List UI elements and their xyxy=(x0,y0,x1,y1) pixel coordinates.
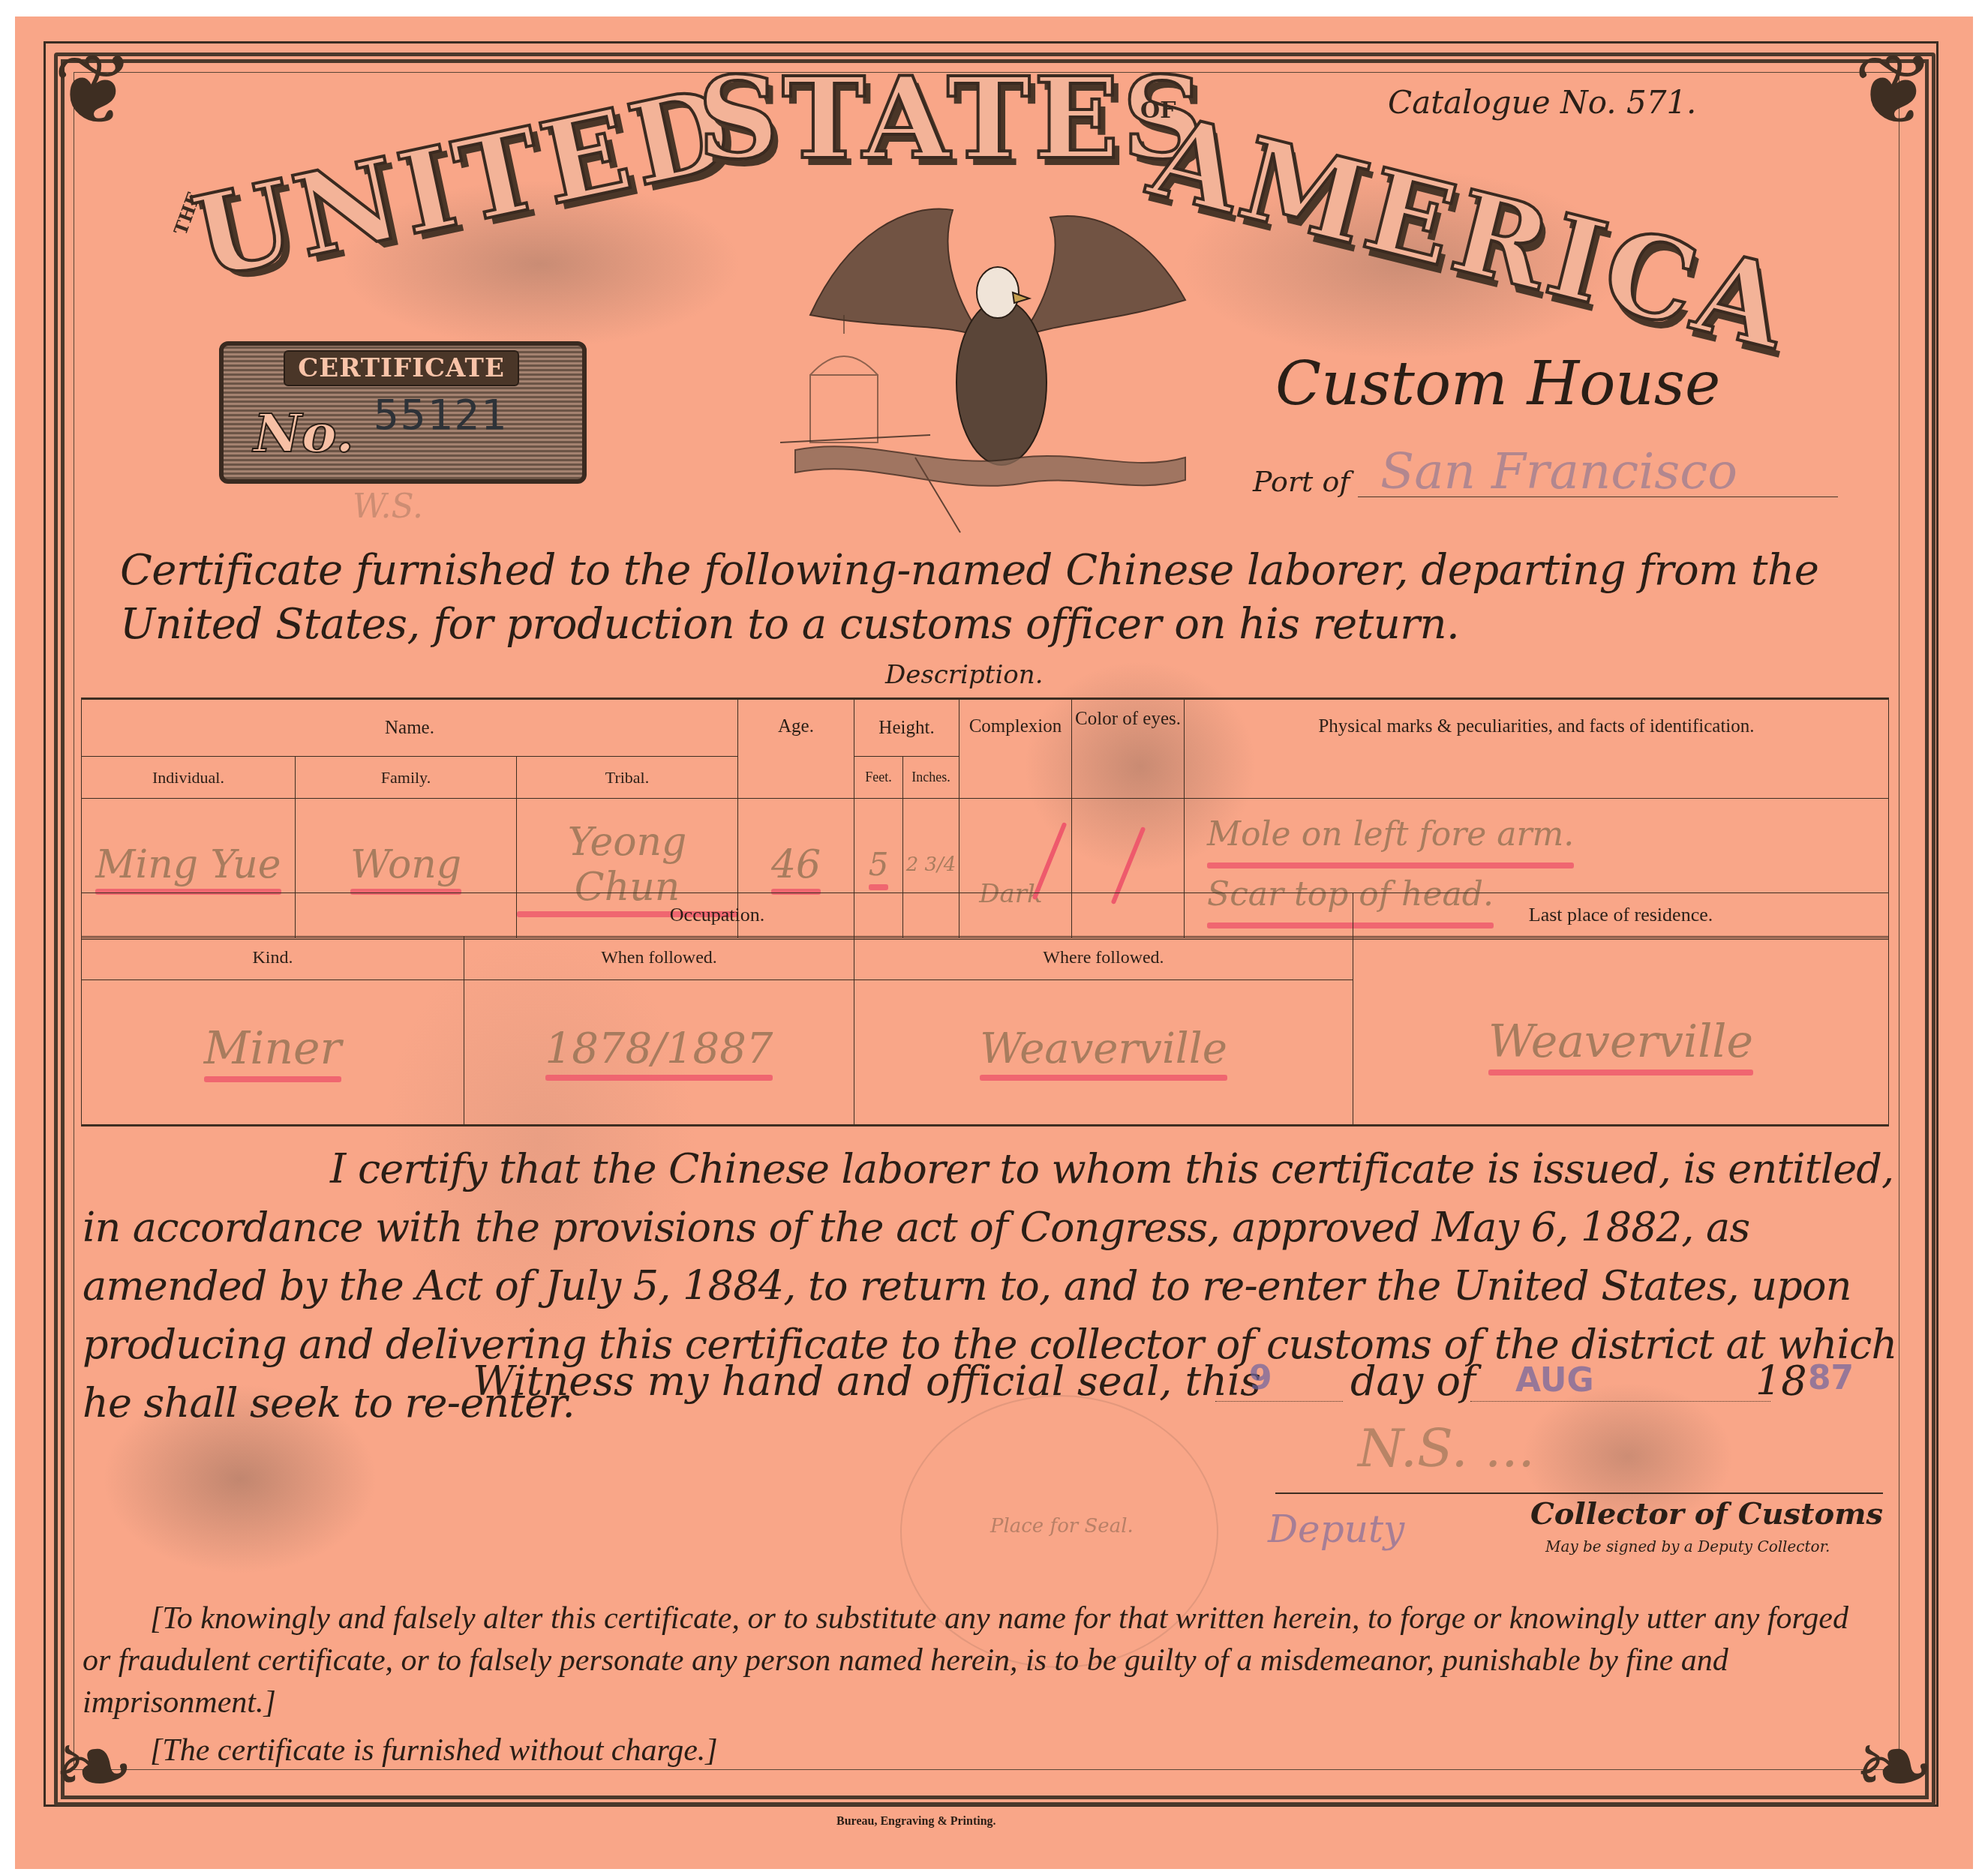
warning-text: [To knowingly and falsely alter this cer… xyxy=(83,1597,1883,1723)
header-where-followed: Where followed. xyxy=(854,937,1353,980)
intro-text: Certificate furnished to the following-n… xyxy=(120,544,1868,652)
collector-signature: N.S. ... xyxy=(1358,1417,1535,1479)
month-field-line xyxy=(1470,1401,1770,1402)
value-occupation-kind: Miner xyxy=(204,1022,341,1082)
seal-label: Place for Seal. xyxy=(990,1515,1134,1537)
value-age: 46 xyxy=(771,842,821,895)
year-prefix: 18 xyxy=(1755,1357,1807,1405)
number-sign: No. xyxy=(254,402,354,464)
certificate-number-box: CERTIFICATE No. 55121 xyxy=(219,341,587,484)
witness-text: Witness my hand and official seal, this xyxy=(473,1357,1261,1405)
corner-ornament-icon: ❧ xyxy=(38,1710,150,1822)
header-feet: Feet. xyxy=(854,757,903,799)
free-of-charge-note: [The certificate is furnished without ch… xyxy=(150,1732,718,1768)
collector-title: Collector of Customs xyxy=(1530,1496,1883,1531)
header-kind: Kind. xyxy=(82,937,464,980)
description-label: Description. xyxy=(885,660,1043,690)
header-name: Name. xyxy=(82,699,738,757)
title-states: STATES xyxy=(698,52,1206,184)
value-physical-marks-1: Mole on left fore arm. xyxy=(1207,808,1574,868)
header-age: Age. xyxy=(738,699,854,799)
eagle-emblem-icon xyxy=(780,187,1215,540)
value-where-followed: Weaverville xyxy=(980,1024,1227,1081)
certificate-label: CERTIFICATE xyxy=(284,350,519,386)
value-feet: 5 xyxy=(869,846,889,890)
red-check-mark xyxy=(1032,822,1067,900)
day-stamp: 9 xyxy=(1249,1359,1272,1397)
header-occupation: Occupation. xyxy=(82,893,1353,937)
scan-edge xyxy=(1973,0,1988,1875)
occupation-table: Occupation. Last place of residence. Kin… xyxy=(81,892,1889,1126)
corner-ornament-icon: ❧ xyxy=(1838,1710,1950,1822)
header-inches: Inches. xyxy=(903,757,959,799)
header-height: Height. xyxy=(854,699,959,757)
header-tribal: Tribal. xyxy=(517,757,738,799)
header-when-followed: When followed. xyxy=(464,937,854,980)
value-individual-name: Ming Yue xyxy=(95,842,281,895)
header-physical-marks: Physical marks & peculiarities, and fact… xyxy=(1185,699,1889,799)
value-inches: 2 3/4 xyxy=(906,853,956,883)
year-stamp: 87 xyxy=(1808,1359,1854,1397)
corner-ornament-icon: ❦ xyxy=(1838,34,1950,146)
printer-credit: Bureau, Engraving & Printing. xyxy=(836,1815,996,1828)
certificate-number: 55121 xyxy=(374,391,508,439)
header-last-residence: Last place of residence. xyxy=(1353,893,1889,937)
day-of-text: day of xyxy=(1350,1357,1476,1405)
custom-house-title: Custom House xyxy=(1275,349,1720,418)
catalogue-number: Catalogue No. 571. xyxy=(1388,84,1696,121)
header-complexion: Complexion xyxy=(959,699,1072,799)
month-stamp: AUG xyxy=(1515,1361,1594,1399)
deputy-stamp: Deputy xyxy=(1268,1507,1404,1551)
header-family: Family. xyxy=(296,757,517,799)
deputy-note: May be signed by a Deputy Collector. xyxy=(1545,1537,1830,1555)
header-individual: Individual. xyxy=(82,757,296,799)
value-last-residence: Weaverville xyxy=(1488,1015,1753,1075)
signature-line xyxy=(1275,1492,1883,1494)
port-label: Port of xyxy=(1253,465,1350,498)
value-family-name: Wong xyxy=(350,842,461,895)
day-field-line xyxy=(1215,1401,1343,1402)
marginal-note: W.S. xyxy=(353,487,423,526)
value-when-followed: 1878/1887 xyxy=(545,1024,773,1081)
port-value: San Francisco xyxy=(1380,442,1737,500)
header-eye-color: Color of eyes. xyxy=(1072,699,1185,799)
corner-ornament-icon: ❦ xyxy=(38,34,150,146)
